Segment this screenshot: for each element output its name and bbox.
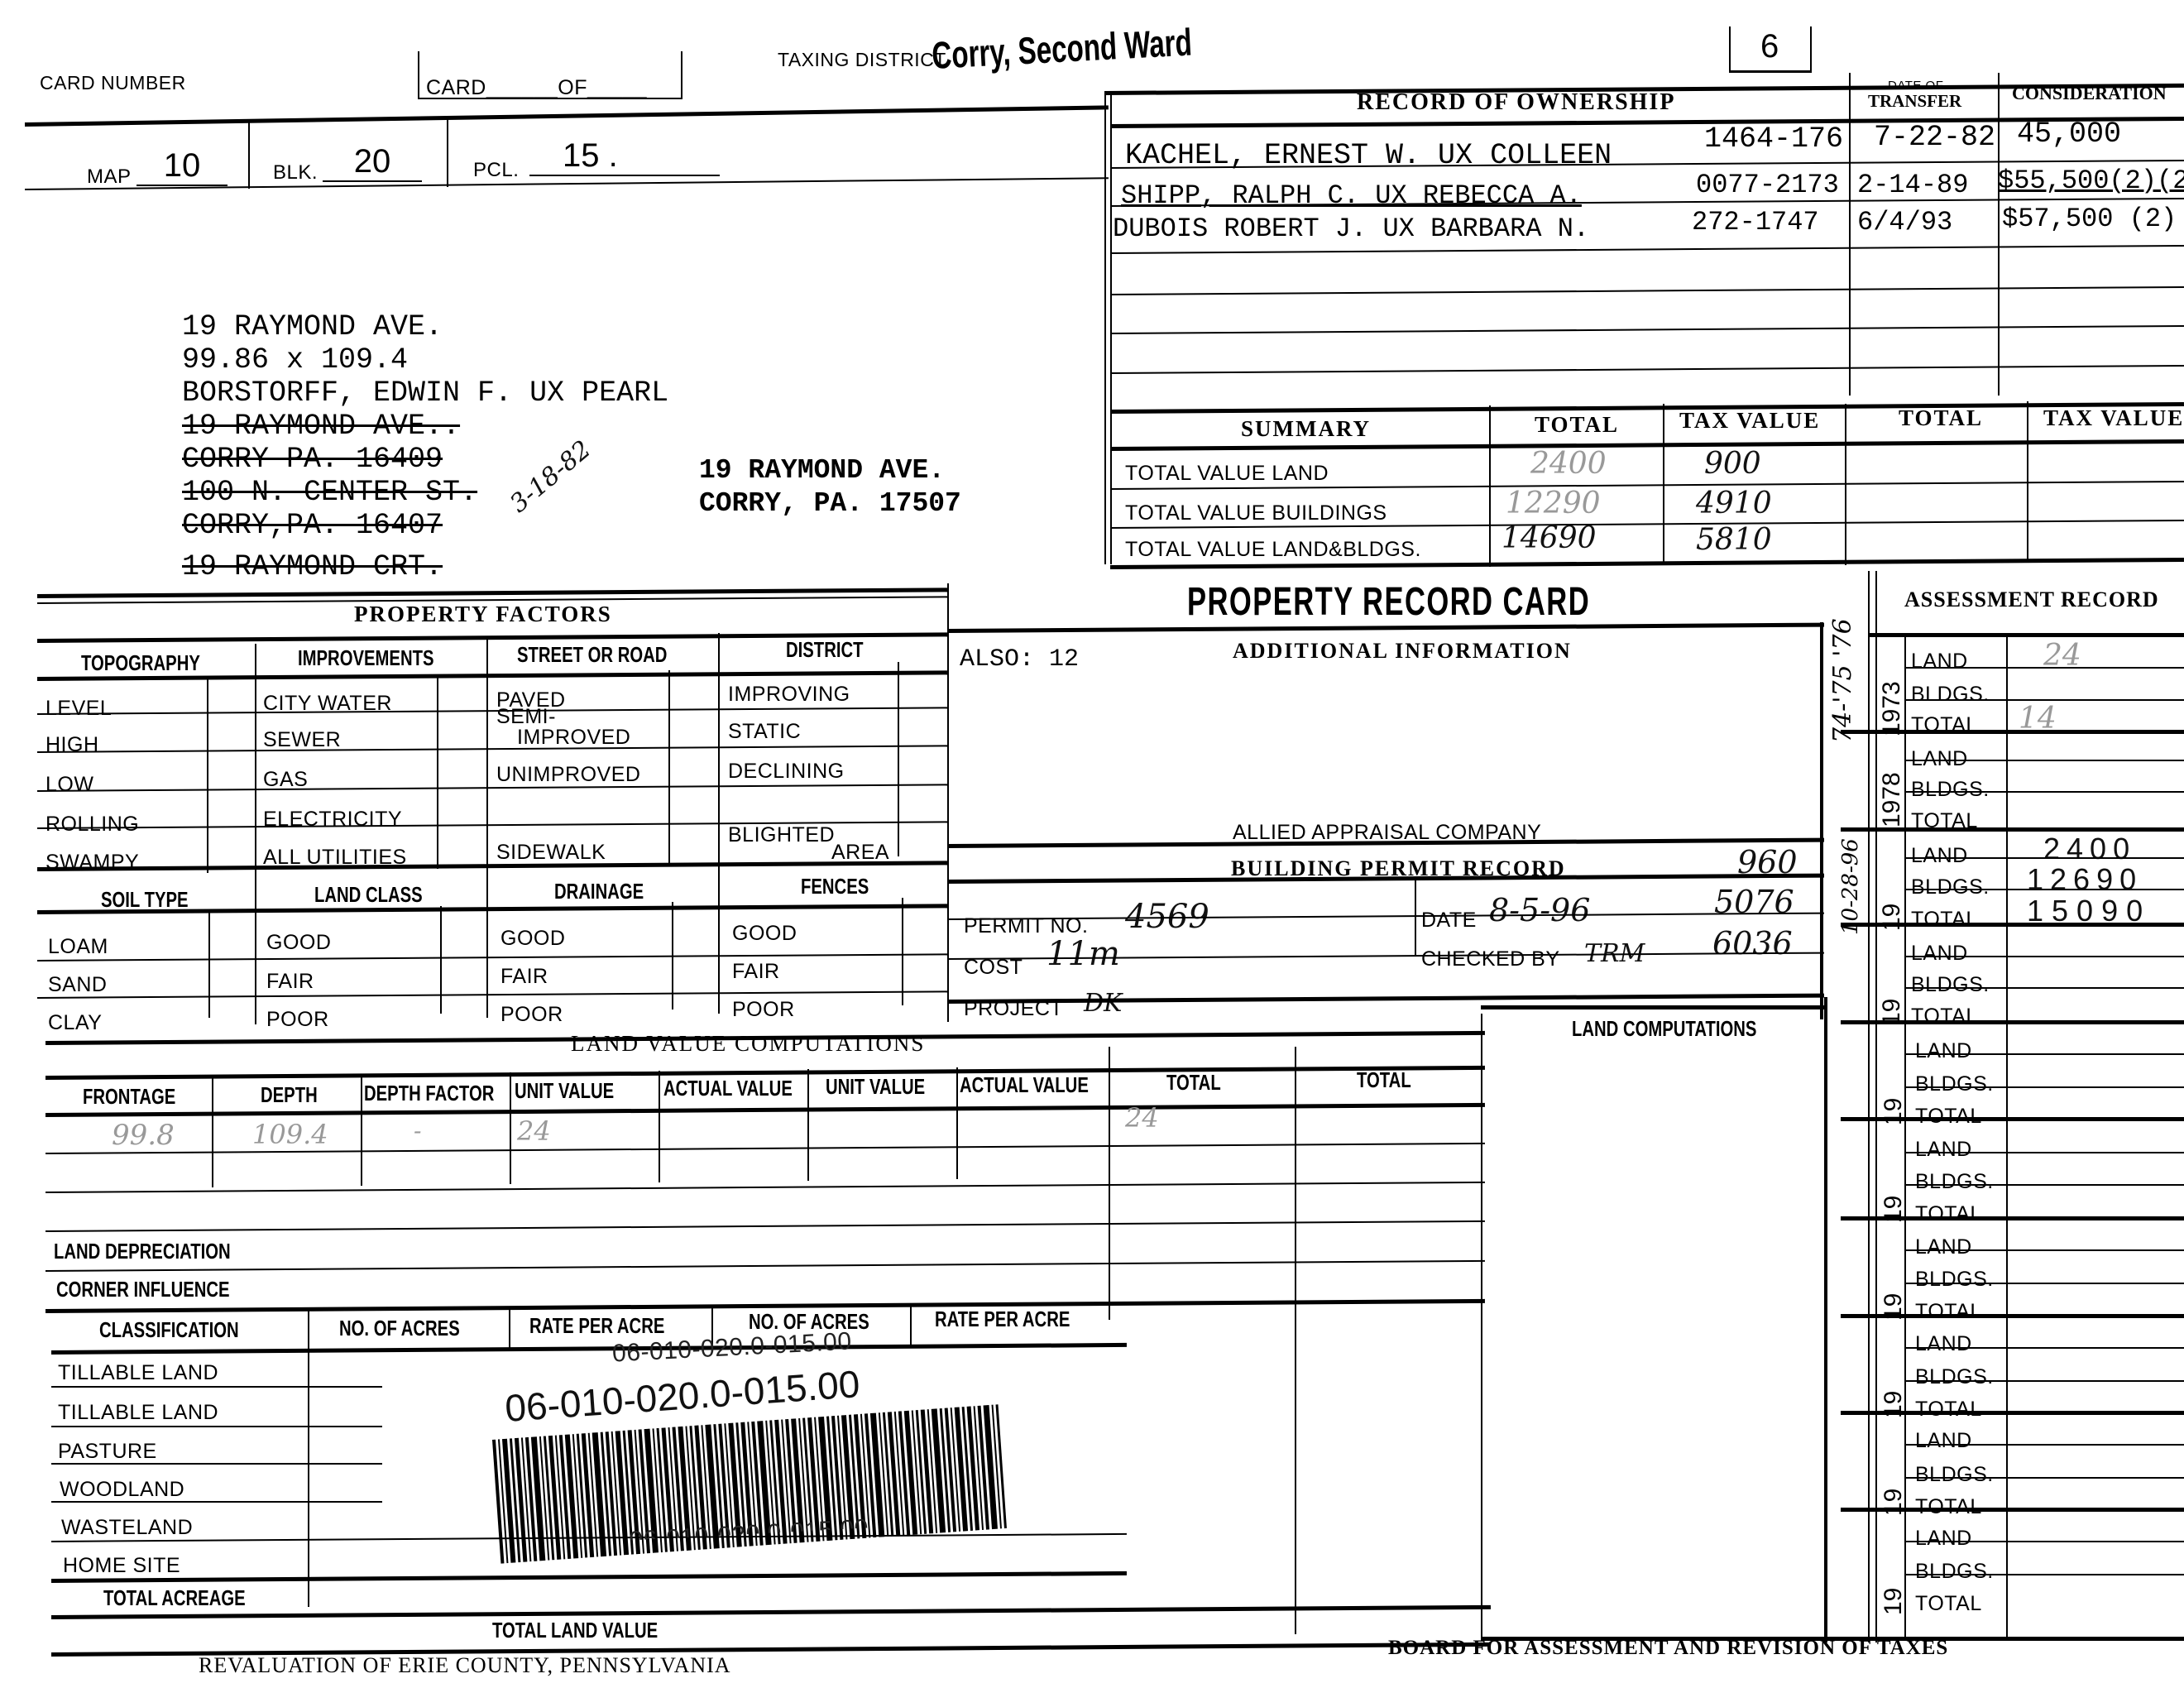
divider — [1841, 1020, 2184, 1024]
divider — [1841, 1314, 2184, 1318]
assessment-side-note: 10-28-96 — [1838, 838, 1863, 935]
divider — [2006, 635, 2008, 1641]
divider — [51, 1463, 382, 1465]
topography-rolling: ROLLING — [45, 813, 139, 837]
depth-factor-value: - — [414, 1117, 421, 1144]
total-land-value-label: TOTAL LAND VALUE — [492, 1618, 658, 1643]
col-rate-acre: RATE PER ACRE — [529, 1313, 664, 1339]
divider — [1841, 1216, 2184, 1220]
col-actual-value-2: ACTUAL VALUE — [960, 1072, 1089, 1098]
improvement-electricity: ELECTRICITY — [263, 808, 402, 832]
divider — [1904, 760, 2184, 761]
summary-tax-all: 5810 — [1696, 523, 1772, 557]
blk-label: BLK. — [273, 161, 318, 185]
divider — [486, 637, 488, 1018]
drainage-fair: FAIR — [500, 965, 548, 989]
summary-row-label: TOTAL VALUE LAND — [1125, 462, 1329, 486]
divider — [1841, 730, 2184, 734]
divider — [1481, 1005, 1824, 1009]
divider — [208, 910, 210, 1018]
additional-info-title: ADDITIONAL INFORMATION — [1233, 639, 1572, 664]
classification-row: WOODLAND — [60, 1478, 184, 1502]
drainage-poor: POOR — [500, 1003, 563, 1027]
assessment-land-label: LAND — [1915, 1527, 1972, 1551]
total-value: 24 — [1125, 1102, 1159, 1134]
topography-low: LOW — [45, 773, 93, 797]
soil-loam: LOAM — [48, 935, 108, 959]
divider — [37, 990, 947, 999]
classification-row: HOME SITE — [63, 1554, 180, 1578]
divider — [1841, 1117, 2184, 1121]
divider — [51, 1426, 382, 1427]
divider — [1904, 1152, 2184, 1153]
street-unimproved: UNIMPROVED — [496, 763, 640, 787]
fences-good: GOOD — [732, 922, 797, 946]
drainage-header: DRAINAGE — [554, 879, 644, 904]
divider — [1904, 1053, 2184, 1055]
assessment-land-label: LAND — [1915, 1138, 1972, 1162]
divider — [807, 1069, 809, 1181]
topography-header: TOPOGRAPHY — [81, 650, 200, 676]
street-semi-improved: IMPROVED — [517, 726, 630, 750]
struck-line: CORRY,PA. 16407 — [182, 509, 443, 542]
assessment-total-label: TOTAL — [1915, 1398, 1982, 1422]
divider — [1904, 889, 2184, 890]
assessment-bldgs-label: BLDGS. — [1911, 875, 1990, 899]
map-label: MAP — [87, 165, 132, 189]
land-depreciation-label: LAND DEPRECIATION — [54, 1239, 231, 1264]
summary-total-bldgs: 12290 — [1506, 487, 1601, 520]
divider — [1820, 622, 1823, 1019]
summary-total-land: 2400 — [1530, 447, 1607, 481]
deed-book: 0077-2173 — [1696, 170, 1839, 200]
street-header: STREET OR ROAD — [517, 642, 667, 668]
corner-influence-label: CORNER INFLUENCE — [56, 1277, 230, 1302]
divider — [45, 1182, 1485, 1193]
consideration: $57,500 (2) — [2002, 204, 2177, 234]
divider — [1904, 1283, 2184, 1284]
assessment-total-label: TOTAL — [1915, 1300, 1982, 1324]
divider — [361, 1074, 362, 1186]
col-unit-value-2: UNIT VALUE — [826, 1074, 925, 1100]
transfer-date: 2-14-89 — [1857, 170, 1968, 200]
summary-total-all: 14690 — [1501, 521, 1597, 555]
card-number-label: CARD NUMBER — [40, 73, 186, 93]
transfer-date: 7-22-82 — [1874, 121, 1995, 154]
summary-title: SUMMARY — [1241, 416, 1371, 442]
assessment-year: 1973 — [1878, 681, 1906, 736]
divider — [37, 953, 947, 961]
divider — [25, 105, 1109, 127]
col-no-acres: NO. OF ACRES — [339, 1316, 460, 1341]
assessment-bldgs-value: 12690 — [2027, 862, 2143, 897]
divider — [212, 1076, 213, 1187]
assessment-bldgs-label: BLDGS. — [1915, 1268, 1994, 1292]
divider — [437, 674, 438, 869]
col-total-2: TOTAL — [1357, 1067, 1411, 1093]
divider — [1904, 1477, 2184, 1479]
taxing-district-label: TAXING DISTRICT — [778, 50, 893, 70]
soil-sand: SAND — [48, 973, 107, 997]
divider — [1904, 1574, 2184, 1575]
frontage-value: 99.8 — [112, 1119, 175, 1152]
divider — [440, 906, 442, 1014]
summary-col-tax: TAX VALUE — [1679, 408, 1820, 434]
transfer-header: TRANSFER — [1868, 91, 1961, 112]
project-value: DK — [1084, 989, 1122, 1018]
land-computations-title: LAND COMPUTATIONS — [1572, 1016, 1756, 1042]
deed-book: 1464-176 — [1704, 122, 1843, 156]
col-unit-value: UNIT VALUE — [515, 1078, 614, 1104]
property-factors-title: PROPERTY FACTORS — [354, 602, 612, 627]
divider — [902, 898, 903, 1005]
divider — [947, 994, 1824, 1004]
assessment-bldgs-label: BLDGS. — [1915, 1170, 1994, 1194]
checked-by-label: CHECKED BY — [1421, 947, 1560, 971]
divider — [1904, 857, 2184, 859]
land-class-poor: POOR — [266, 1008, 329, 1032]
col-depth-factor: DEPTH FACTOR — [364, 1081, 494, 1106]
fences-header: FENCES — [801, 874, 869, 899]
summary-row-label: TOTAL VALUE BUILDINGS — [1125, 501, 1387, 525]
land-class-fair: FAIR — [266, 970, 314, 994]
divider — [51, 1501, 382, 1503]
struck-line: 19 RAYMOND CRT. — [182, 550, 443, 583]
soil-clay: CLAY — [48, 1011, 102, 1035]
classification-row: WASTELAND — [61, 1516, 193, 1540]
divider — [1104, 93, 1106, 564]
divider — [37, 784, 947, 792]
assessment-title: ASSESSMENT RECORD — [1904, 587, 2159, 612]
unit-value: 24 — [517, 1115, 551, 1147]
record-card-title: PROPERTY RECORD CARD — [1187, 579, 1590, 625]
assessment-total-label: TOTAL — [1915, 1592, 1982, 1616]
divider — [947, 583, 949, 1022]
district-blighted: BLIGHTED — [728, 823, 835, 847]
struck-line: CORRY PA. 16409 — [182, 443, 443, 476]
divider — [1904, 1184, 2184, 1186]
handwritten-date: 3-18-82 — [505, 435, 596, 519]
col-actual-value: ACTUAL VALUE — [663, 1076, 793, 1101]
divider — [51, 1571, 1127, 1583]
divider — [510, 1072, 511, 1184]
fences-poor: POOR — [732, 998, 795, 1022]
permit-date-label: DATE — [1421, 909, 1477, 933]
owner-name: DUBOIS ROBERT J. UX BARBARA N. — [1113, 213, 1589, 244]
classification-row: TILLABLE LAND — [58, 1401, 218, 1425]
divider — [1481, 1014, 1482, 1638]
divider — [1110, 402, 2184, 414]
divider — [1904, 1347, 2184, 1349]
divider — [1904, 667, 2184, 669]
assessment-bldgs-label: BLDGS. — [1911, 683, 1990, 707]
cost-value: 11m — [1046, 935, 1120, 973]
divider — [509, 1307, 510, 1350]
assessment-total-label: TOTAL — [1915, 1202, 1982, 1226]
divider — [1904, 1541, 2184, 1542]
divider — [1841, 1411, 2184, 1415]
divider — [1110, 245, 2184, 254]
district-declining: DECLINING — [728, 760, 845, 784]
assessment-bldgs-label: BLDGS. — [1915, 1560, 1994, 1584]
summary-row-label: TOTAL VALUE LAND&BLDGS. — [1125, 538, 1421, 562]
divider — [1110, 325, 2184, 334]
divider — [668, 670, 670, 865]
permit-date-value: 8-5-96 — [1489, 892, 1590, 928]
assessment-land-label: LAND — [1911, 942, 1968, 966]
divider — [45, 1220, 1485, 1232]
divider — [1904, 1444, 2184, 1446]
divider — [1904, 791, 2184, 793]
divider — [956, 1067, 958, 1179]
assessment-land-label: LAND — [1915, 1235, 1972, 1259]
topography-high: HIGH — [45, 733, 99, 757]
transfer-date: 6/4/93 — [1857, 207, 1952, 237]
divider — [45, 1260, 1485, 1272]
divider — [1295, 1047, 1296, 1634]
district-header: DISTRICT — [786, 637, 864, 663]
divider — [51, 1343, 1127, 1355]
divider — [207, 679, 208, 873]
property-line: 19 RAYMOND AVE. — [182, 310, 443, 343]
card-of-label: CARD______OF_____ — [426, 76, 647, 100]
assessment-bldgs-label: BLDGS. — [1915, 1463, 1994, 1487]
divider — [255, 644, 256, 1024]
divider — [1904, 1086, 2184, 1088]
assessment-total-label: TOTAL — [1911, 1005, 1978, 1029]
divider — [37, 707, 947, 715]
street-semi: SEMI- — [496, 707, 556, 726]
divider — [1904, 1380, 2184, 1382]
divider — [1110, 93, 1112, 564]
divider — [51, 1605, 1491, 1619]
divider — [1109, 1047, 1110, 1320]
divider — [1110, 286, 2184, 295]
divider — [447, 116, 448, 187]
struck-line: 19 RAYMOND AVE.. — [182, 410, 460, 443]
pcl-value: 15 . — [529, 137, 720, 176]
divider — [910, 1304, 912, 1347]
owner-name: SHIPP, RALPH C. UX REBECCA A. — [1121, 180, 1582, 211]
also-note: ALSO: 12 — [960, 645, 1079, 674]
divider — [1904, 699, 2184, 701]
owner-line: BORSTORFF, EDWIN F. UX PEARL — [182, 376, 668, 410]
assessment-side-note: 74-'75 '76 — [1828, 618, 1857, 743]
assessment-land-label: LAND — [1911, 650, 1968, 674]
land-class-good: GOOD — [266, 931, 331, 955]
footer-right: BOARD FOR ASSESSMENT AND REVISION OF TAX… — [1388, 1637, 1948, 1660]
drainage-good: GOOD — [500, 927, 565, 951]
col-classification: CLASSIFICATION — [99, 1317, 239, 1343]
assessment-land-value: 2400 — [2043, 832, 2136, 866]
current-address-line1: 19 RAYMOND AVE. — [699, 455, 945, 486]
map-value: 10 — [136, 147, 227, 186]
divider — [1841, 1508, 2184, 1512]
property-line: 99.86 x 109.4 — [182, 343, 408, 376]
land-value-title: LAND VALUE COMPUTATIONS — [571, 1031, 925, 1057]
divider — [308, 1309, 309, 1607]
current-address-line2: CORRY, PA. 17507 — [699, 488, 961, 519]
summary-col-total2: TOTAL — [1899, 405, 1983, 431]
district-improving: IMPROVING — [728, 683, 850, 707]
deed-book: 272-1747 — [1692, 207, 1819, 237]
classification-row: PASTURE — [58, 1440, 157, 1464]
land-class-header: LAND CLASS — [314, 882, 423, 908]
assessment-year: 1978 — [1878, 772, 1906, 827]
divider — [898, 662, 899, 856]
struck-line: 100 N. CENTER ST. — [182, 476, 477, 509]
consideration: 45,000 — [2017, 117, 2121, 151]
divider — [37, 861, 947, 871]
card-box-number: 6 — [1760, 28, 1779, 65]
summary-col-tax2: TAX VALUE — [2043, 405, 2184, 431]
summary-tax-land: 900 — [1704, 447, 1761, 481]
col-frontage: FRONTAGE — [83, 1084, 175, 1110]
assessment-land-label: LAND — [1915, 1429, 1972, 1453]
fences-fair: FAIR — [732, 960, 780, 984]
assessment-land-label: LAND — [1915, 1332, 1972, 1356]
assessment-bldgs-label: BLDGS. — [1911, 973, 1990, 997]
divider — [51, 1386, 382, 1388]
ownership-title: RECORD OF OWNERSHIP — [1357, 89, 1675, 116]
footer-left: REVALUATION OF ERIE COUNTY, PENNSYLVANIA — [199, 1653, 731, 1678]
consideration: $55,500(2)(2 — [1998, 165, 2184, 196]
divider — [1841, 923, 2184, 927]
col-rate-acre-2: RATE PER ACRE — [935, 1307, 1070, 1332]
summary-tax-bldgs: 4910 — [1696, 487, 1772, 520]
pcl-label: PCL. — [473, 159, 519, 182]
assessment-bldgs-label: BLDGS. — [1915, 1072, 1994, 1096]
divider — [1110, 365, 2184, 374]
consideration-header: CONSIDERATION — [2012, 83, 2167, 104]
district-static: STATIC — [728, 720, 801, 744]
taxing-district-value: Corry, Second Ward — [931, 20, 1193, 78]
total-acreage-label: TOTAL ACREAGE — [103, 1585, 246, 1611]
divider — [1904, 956, 2184, 957]
divider — [248, 121, 250, 189]
depth-value: 109.4 — [252, 1119, 328, 1150]
street-sidewalk: SIDEWALK — [496, 841, 606, 865]
divider — [659, 1071, 660, 1182]
assessment-year: 19 — [1880, 1588, 1908, 1615]
assessment-bldgs-label: BLDGS. — [1915, 1365, 1994, 1389]
classification-row: TILLABLE LAND — [58, 1361, 218, 1385]
divider — [1904, 987, 2184, 989]
blk-value: 20 — [323, 143, 422, 182]
assessment-land-label: LAND — [1911, 844, 1968, 868]
improvements-header: IMPROVEMENTS — [298, 645, 434, 671]
col-depth: DEPTH — [261, 1082, 318, 1108]
topography-level: LEVEL — [45, 697, 112, 721]
divider — [37, 745, 947, 753]
assessment-land-label: LAND — [1915, 1039, 1972, 1063]
summary-col-total: TOTAL — [1535, 412, 1619, 438]
col-total: TOTAL — [1166, 1070, 1221, 1096]
margin-note-6036: 6036 — [1712, 925, 1793, 961]
assessment-bldgs-label: BLDGS. — [1911, 778, 1990, 802]
assessment-year-column — [1824, 621, 1825, 1647]
divider — [1904, 1249, 2184, 1251]
assessment-total-label: TOTAL — [1911, 908, 1978, 932]
